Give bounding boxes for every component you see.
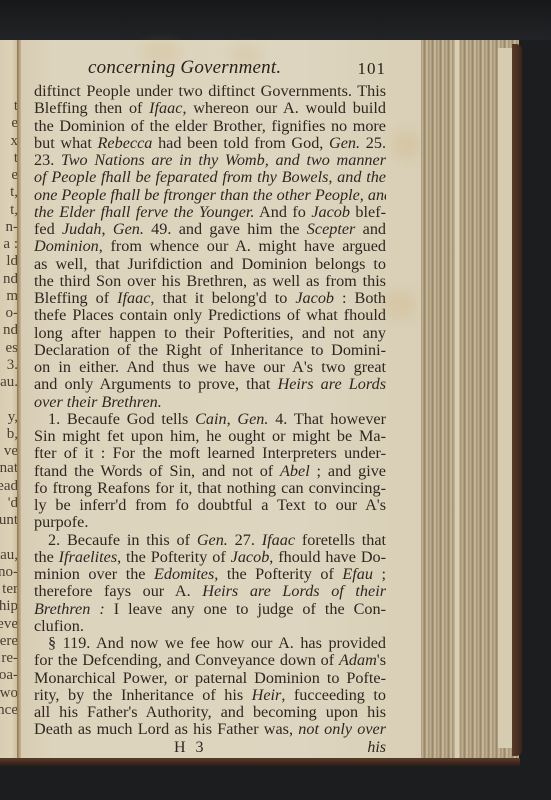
text-line: Death as much Lord as his Father was, no… — [34, 721, 386, 738]
text-line: Sin might fet upon him, he ought or migh… — [34, 428, 386, 445]
text-run: , that it belong'd to — [150, 290, 295, 307]
italic-text: the Elder fhall ferve the Younger. — [34, 204, 254, 221]
italic-text: Jacob — [295, 290, 334, 307]
italic-text: Dominion — [34, 238, 99, 255]
text-run: foretells that — [295, 532, 386, 549]
text-line: and only Arguments to prove, that Heirs … — [34, 376, 386, 393]
italic-text: of People fhall be feparated from thy Bo… — [34, 169, 386, 186]
italic-text: Ifaac — [262, 532, 295, 549]
text-line: Brethren : I leave any one to judge of t… — [34, 601, 386, 618]
text-run: fter of it : For the moft learned Interp… — [34, 445, 386, 462]
text-run: 49. and gave him the — [144, 221, 307, 238]
text-line: the third Son over his Brethren, as well… — [34, 273, 386, 290]
text-run: 4. That however — [268, 411, 386, 428]
running-title: concerning Government. — [88, 57, 281, 79]
text-run: the third Son over his Brethren, as well… — [34, 273, 386, 290]
italic-text: Two Nations are in thy Womb, and two man… — [61, 152, 386, 169]
text-run: : Both — [334, 290, 386, 307]
page-block-fore-edge — [421, 40, 519, 762]
body-text: diftinct People under two diftinct Gover… — [34, 83, 386, 739]
leather-cover-edge — [512, 44, 522, 756]
italic-text: Ifraelites — [59, 549, 117, 566]
italic-text: Edomites — [154, 566, 214, 583]
text-run: the Dominion of the elder Brother, figni… — [34, 118, 386, 135]
text-run: for the Defcending, and Conveyance down … — [34, 652, 339, 669]
paper-stain — [391, 130, 421, 160]
italic-text: Abel — [280, 463, 310, 480]
text-line: 2. Becaufe in this of Gen. 27. Ifaac for… — [34, 532, 386, 549]
previous-page-fragment: unt — [0, 512, 18, 529]
background-top — [0, 0, 551, 40]
signature-mark: H 3 — [174, 739, 207, 757]
running-head: concerning Government. 101 — [34, 57, 386, 83]
text-line: fo ftrong Reafons for it, that nothing c… — [34, 480, 386, 497]
text-run: 23. — [34, 152, 61, 169]
italic-text: Gen. — [113, 221, 144, 238]
leather-bottom-board — [0, 758, 520, 766]
italic-text: Adam — [339, 652, 377, 669]
text-line: for the Defcending, and Conveyance down … — [34, 652, 386, 669]
previous-page-fragment: nce — [0, 702, 18, 719]
text-run: thefe Places contain only Predictions of… — [34, 307, 386, 324]
text-run: , fhould have Do- — [269, 549, 386, 566]
previous-page-fragment: nd — [3, 322, 18, 339]
text-run: as well, that Jurifdiction and Dominion … — [34, 256, 386, 273]
text-line: rity, by the Inheritance of his Heir, fu… — [34, 687, 386, 704]
text-run: § 119. And now we fee how our A. has pro… — [48, 635, 386, 652]
text-run: Declaration of the Right of Inheritance … — [34, 342, 386, 359]
text-run: therefore fays our A. — [34, 583, 202, 600]
text-run: ly be inferr'd from fo doubtful a Text t… — [34, 497, 386, 514]
text-line: thefe Places contain only Predictions of… — [34, 307, 386, 324]
text-run: ; — [373, 566, 386, 583]
text-run: Sin might fet upon him, he ought or migh… — [34, 428, 386, 445]
italic-text: Ifaac — [117, 290, 150, 307]
text-run: but what — [34, 135, 98, 152]
italic-text: over their Brethren. — [34, 394, 162, 411]
text-run: Bleffing of — [34, 290, 117, 307]
text-run: , fucceeding to — [281, 687, 386, 704]
previous-page-fragment: au, — [0, 547, 18, 564]
text-run: on in either. And thus we have our A's t… — [34, 359, 386, 376]
italic-text: Gen. — [197, 532, 228, 549]
text-line: the Elder fhall ferve the Younger. And f… — [34, 204, 386, 221]
text-run: and — [355, 221, 386, 238]
italic-text: Judah — [62, 221, 102, 238]
italic-text: Jacob — [231, 549, 270, 566]
text-line: ly be inferr'd from fo doubtful a Text t… — [34, 497, 386, 514]
italic-text: Scepter — [307, 221, 356, 238]
text-line: one People fhall be ftronger than the ot… — [34, 187, 386, 204]
italic-text: one People fhall be ftronger than the ot… — [34, 187, 386, 204]
italic-text: Heirs are Lords of their — [202, 583, 386, 600]
text-run: fo ftrong Reafons for it, that nothing c… — [34, 480, 386, 497]
previous-page-fragment: a : — [3, 236, 18, 253]
text-run: , — [227, 411, 238, 428]
text-run: Death as much Lord as his Father was, — [34, 721, 298, 738]
text-line: therefore fays our A. Heirs are Lords of… — [34, 583, 386, 600]
text-run: purpofe. — [34, 514, 88, 531]
text-line: ftand the Words of Sin, and not of Abel … — [34, 463, 386, 480]
text-line: Bleffing of Ifaac, that it belong'd to J… — [34, 290, 386, 307]
italic-text: Gen. — [237, 411, 268, 428]
italic-text: Efau — [342, 566, 373, 583]
text-line: 23. Two Nations are in thy Womb, and two… — [34, 152, 386, 169]
previous-page-fragment: re- — [1, 650, 18, 667]
paper-stain — [381, 290, 416, 320]
text-run: , from whence our A. might have argued — [99, 238, 386, 255]
previous-page-fragment: ere — [0, 633, 18, 650]
text-run: fed — [34, 221, 62, 238]
text-line: Monarchical Power, or paternal Dominion … — [34, 670, 386, 687]
text-run: blef- — [350, 204, 386, 221]
previous-page-fragment: ead — [0, 478, 18, 495]
text-run: 27. — [228, 532, 262, 549]
text-run: 2. Becaufe in this of — [48, 532, 197, 549]
page-number: 101 — [358, 59, 387, 79]
text-line: of People fhall be feparated from thy Bo… — [34, 169, 386, 186]
text-block: concerning Government. 101 diftinct Peop… — [34, 57, 386, 757]
italic-text: Cain — [195, 411, 226, 428]
previous-page-fragment: oa- — [0, 667, 18, 684]
text-line: § 119. And now we fee how our A. has pro… — [34, 635, 386, 652]
previous-page-fragment: nd — [3, 271, 18, 288]
text-line: diftinct People under two diftinct Gover… — [34, 83, 386, 100]
text-run: Bleffing then of — [34, 100, 149, 117]
text-line: purpofe. — [34, 514, 386, 531]
text-line: minion over the Edomites, the Pofterity … — [34, 566, 386, 583]
text-line: 1. Becaufe God tells Cain, Gen. 4. That … — [34, 411, 386, 428]
text-run: Monarchical Power, or paternal Dominion … — [34, 670, 386, 687]
text-run: and only Arguments to prove, that — [34, 376, 278, 393]
italic-text: Gen. — [329, 135, 360, 152]
book-photo: textet,t,n-a :ldndmo-ndes3.au.y,b,venate… — [0, 0, 551, 800]
text-line: Bleffing then of Ifaac, whereon our A. w… — [34, 100, 386, 117]
text-run: long after happen to their Pofterities, … — [34, 325, 386, 342]
text-run: And fo — [254, 204, 311, 221]
text-line: but what Rebecca had been told from God,… — [34, 135, 386, 152]
text-run: 25. — [360, 135, 386, 152]
text-run: diftinct People under two diftinct Gover… — [34, 83, 386, 100]
text-run: clufion. — [34, 618, 84, 635]
previous-page-fragment: ter — [2, 581, 18, 598]
last-leaf-edge — [498, 48, 512, 748]
text-run: 's — [377, 652, 386, 669]
text-run: rity, by the Inheritance of his — [34, 687, 252, 704]
text-run: 1. Becaufe God tells — [48, 411, 195, 428]
page-edge-highlight — [455, 40, 459, 762]
previous-page-fragment: nat — [0, 460, 18, 477]
text-line: fter of it : For the moft learned Interp… — [34, 445, 386, 462]
text-run: ; and give — [310, 463, 386, 480]
text-run: had been told from God, — [152, 135, 329, 152]
italic-text: Rebecca — [98, 135, 153, 152]
text-run: the — [34, 549, 59, 566]
text-line: Declaration of the Right of Inheritance … — [34, 342, 386, 359]
text-line: the Dominion of the elder Brother, figni… — [34, 118, 386, 135]
previous-page-fragment: wo — [0, 685, 18, 702]
text-line: the Ifraelites, the Pofterity of Jacob, … — [34, 549, 386, 566]
previous-page-fragment: au. — [0, 374, 18, 391]
italic-text: not only over — [298, 721, 386, 738]
text-run: ftand the Words of Sin, and not of — [34, 463, 280, 480]
italic-text: Jacob — [311, 204, 350, 221]
text-line: over their Brethren. — [34, 394, 386, 411]
italic-text: Brethren : — [34, 601, 105, 618]
text-run: all his Father's Authority, and becoming… — [34, 704, 386, 721]
text-run: , whereon our A. would build — [182, 100, 386, 117]
text-line: clufion. — [34, 618, 386, 635]
text-line: Dominion, from whence our A. might have … — [34, 238, 386, 255]
page-footer: H 3 his — [34, 739, 386, 757]
italic-text: Heir — [252, 687, 282, 704]
text-run: , — [102, 221, 113, 238]
previous-page-fragment: no- — [0, 564, 18, 581]
text-line: all his Father's Authority, and becoming… — [34, 704, 386, 721]
previous-page-fragment: hip — [0, 598, 18, 615]
text-line: fed Judah, Gen. 49. and gave him the Sce… — [34, 221, 386, 238]
text-run: minion over the — [34, 566, 154, 583]
text-run: I leave any one to judge of the Con- — [105, 601, 386, 618]
text-run: , the Pofterity of — [117, 549, 231, 566]
previous-page-fragment: eve — [0, 616, 18, 633]
previous-page-fragment: ve — [4, 443, 18, 460]
text-line: on in either. And thus we have our A's t… — [34, 359, 386, 376]
catchword: his — [367, 739, 386, 757]
text-line: as well, that Jurifdiction and Dominion … — [34, 256, 386, 273]
text-line: long after happen to their Pofterities, … — [34, 325, 386, 342]
italic-text: Heirs are Lords — [278, 376, 386, 393]
italic-text: Ifaac — [149, 100, 182, 117]
text-run: , the Pofterity of — [214, 566, 342, 583]
